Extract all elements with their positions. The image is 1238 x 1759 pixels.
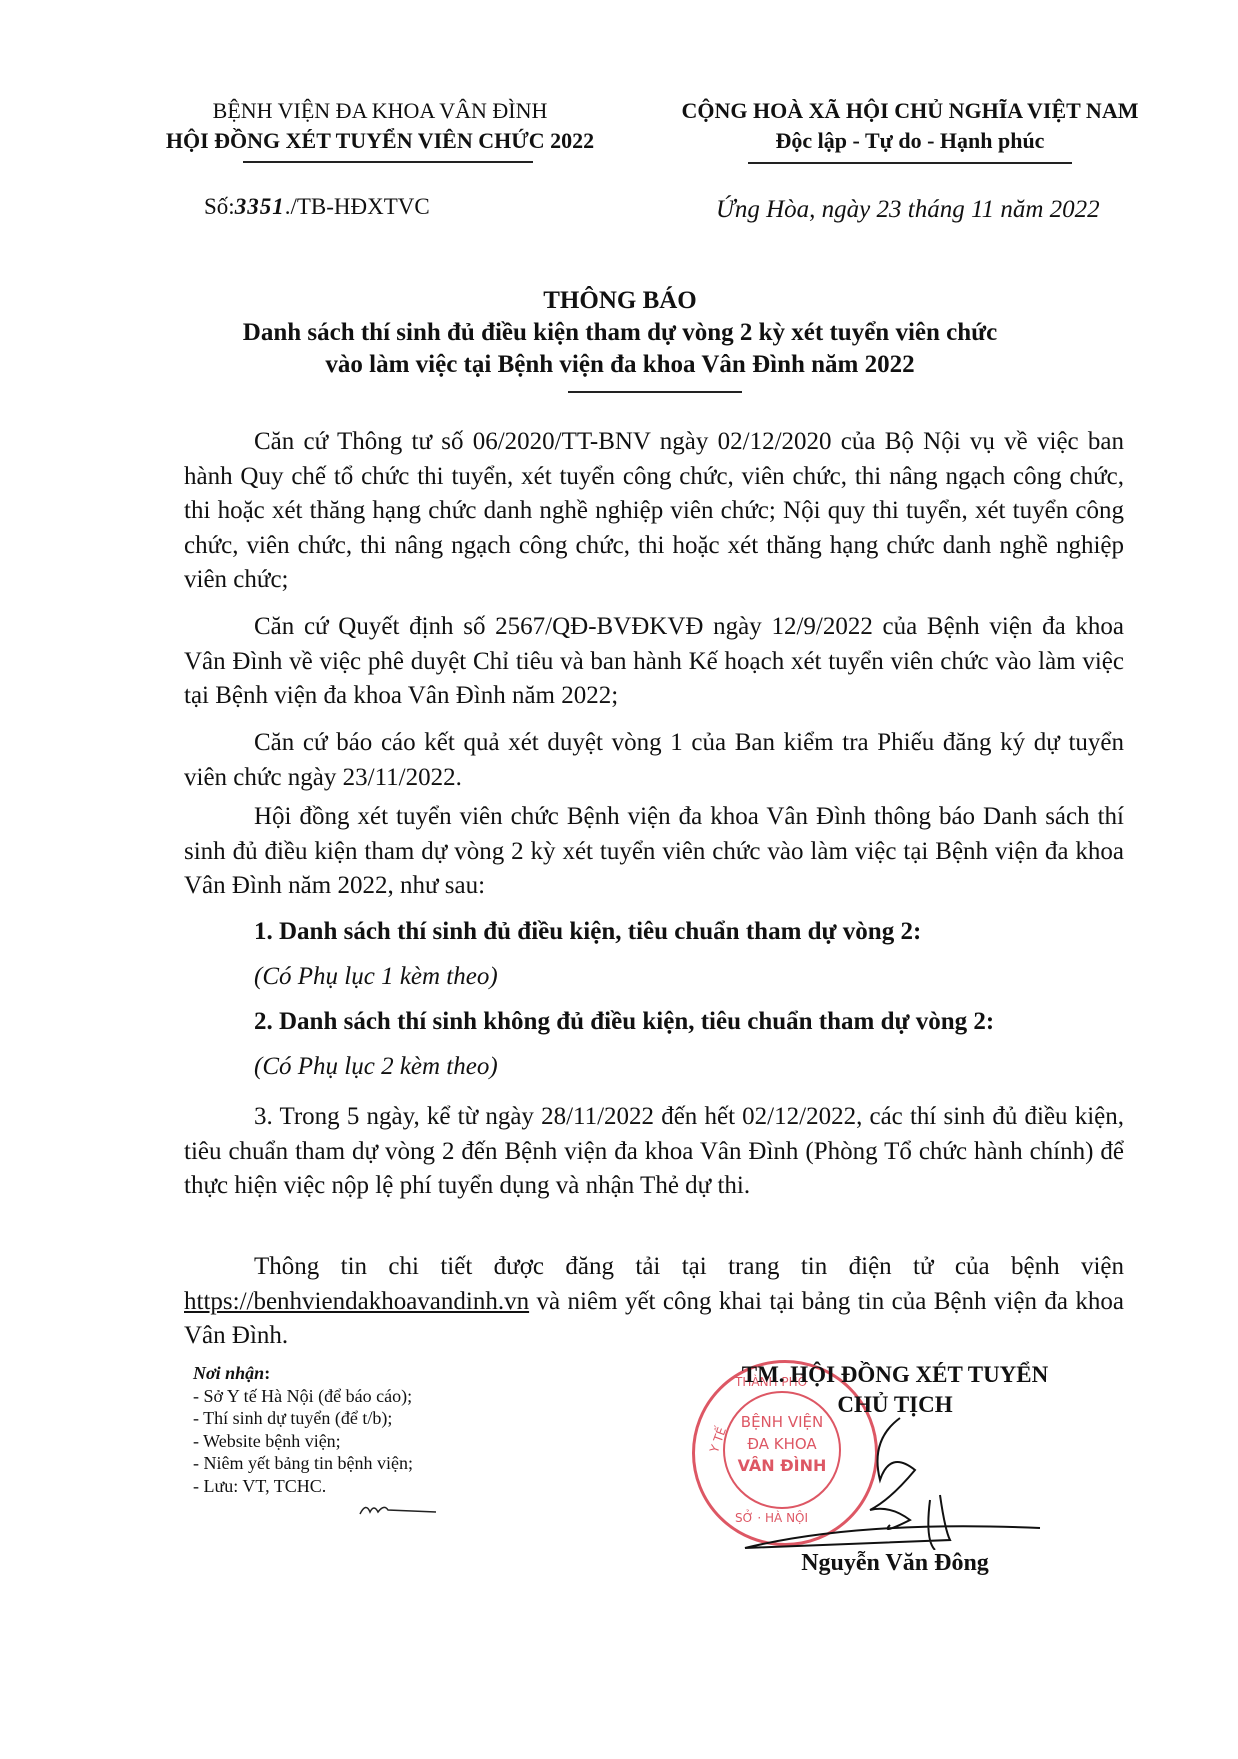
recipient-item: - Sở Y tế Hà Nội (để báo cáo); (193, 1385, 493, 1408)
document-number: Số:3351./TB-HĐXTVC (204, 194, 430, 220)
signature-on-behalf: TM. HỘI ĐỒNG XÉT TUYỂN (700, 1360, 1090, 1390)
header-right: CỘNG HOÀ XÃ HỘI CHỦ NGHĨA VIỆT NAM Độc l… (640, 96, 1180, 156)
website-info-text: Thông tin chi tiết được đăng tải tại tra… (254, 1253, 1124, 1280)
section-2-heading: 2. Danh sách thí sinh không đủ điều kiện… (184, 1005, 1124, 1040)
recipients-label: Nơi nhận (193, 1363, 264, 1383)
doc-number-suffix: ./TB-HĐXTVC (285, 194, 430, 219)
recipient-item: - Thí sinh dự tuyển (để t/b); (193, 1407, 493, 1430)
header-left-divider (243, 161, 533, 163)
paragraph-legal-basis-3: Căn cứ báo cáo kết quả xét duyệt vòng 1 … (184, 726, 1124, 795)
notice-subtitle-line1: Danh sách thí sinh đủ điều kiện tham dự … (140, 317, 1100, 349)
title-divider (568, 391, 742, 393)
notice-heading: THÔNG BÁO (140, 285, 1100, 317)
hospital-website-link[interactable]: https://benhviendakhoavandinh.vn (184, 1288, 529, 1315)
section-1-heading: 1. Danh sách thí sinh đủ điều kiện, tiêu… (184, 915, 1124, 950)
doc-number-handwritten: 3351 (235, 194, 285, 219)
council-name: HỘI ĐỒNG XÉT TUYỂN VIÊN CHỨC 2022 (140, 126, 620, 156)
paragraph-website-info: Thông tin chi tiết được đăng tải tại tra… (184, 1250, 1124, 1354)
header-right-divider (748, 162, 1072, 164)
doc-number-prefix: Số: (204, 194, 235, 219)
handwritten-signature-icon (740, 1410, 1070, 1550)
recipients-block: Nơi nhận: - Sở Y tế Hà Nội (để báo cáo);… (193, 1362, 493, 1497)
paragraph-legal-basis-2: Căn cứ Quyết định số 2567/QĐ-BVĐKVĐ ngày… (184, 610, 1124, 714)
place-date: Ứng Hòa, ngày 23 tháng 11 năm 2022 (716, 196, 1100, 224)
national-motto: Độc lập - Tự do - Hạnh phúc (640, 126, 1180, 156)
notice-subtitle-line2: vào làm việc tại Bệnh viện đa khoa Vân Đ… (140, 349, 1100, 381)
paragraph-legal-basis-1: Căn cứ Thông tư số 06/2020/TT-BNV ngày 0… (184, 425, 1124, 598)
header-left: BỆNH VIỆN ĐA KHOA VÂN ĐÌNH HỘI ĐỒNG XÉT … (140, 96, 620, 156)
signer-name: Nguyễn Văn Đông (700, 1550, 1090, 1577)
recipient-item: - Website bệnh viện; (193, 1430, 493, 1453)
initials-mark-icon (358, 1500, 438, 1520)
section-1-note: (Có Phụ lục 1 kèm theo) (184, 960, 1124, 995)
organization-name: BỆNH VIỆN ĐA KHOA VÂN ĐÌNH (140, 96, 620, 126)
recipient-item: - Niêm yết bảng tin bệnh viện; (193, 1452, 493, 1475)
paragraph-deadline: 3. Trong 5 ngày, kể từ ngày 28/11/2022 đ… (184, 1100, 1124, 1204)
notice-title-block: THÔNG BÁO Danh sách thí sinh đủ điều kiệ… (140, 285, 1100, 381)
recipient-item: - Lưu: VT, TCHC. (193, 1475, 493, 1498)
section-2-note: (Có Phụ lục 2 kèm theo) (184, 1050, 1124, 1085)
national-title: CỘNG HOÀ XÃ HỘI CHỦ NGHĨA VIỆT NAM (640, 96, 1180, 126)
paragraph-announcement: Hội đồng xét tuyển viên chức Bệnh viện đ… (184, 800, 1124, 904)
